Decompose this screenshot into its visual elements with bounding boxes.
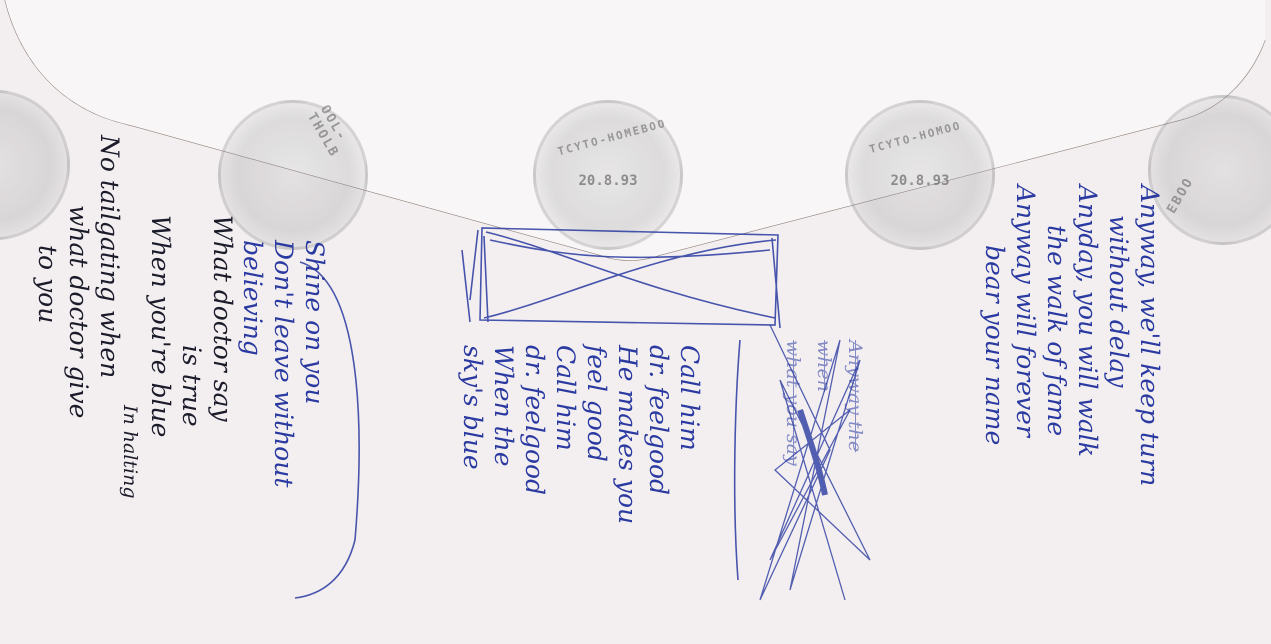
crossed-out-lyrics: Anyway the when what you say [777,340,870,466]
lyrics-column-5: Anyway, we'll keep turn without delay An… [979,185,1165,486]
envelope-back: OOL-THOLB TCYTO-HOMEBOO 20.8.93 TCYTO-HO… [0,0,1271,644]
lyrics-column-3: Shine on you Don't leave without believi… [237,240,330,487]
lyrics-column-1: No tailgating when what doctor give to y… [32,135,125,418]
postmark: TCYTO-HOMEBOO 20.8.93 [533,100,683,250]
postmark: TCYTO-HOMOO 20.8.93 [845,100,995,250]
postmark: OOL-THOLB [218,100,368,250]
lyrics-column-2: What doctor say is true When you're blue… [114,215,238,499]
lyrics-column-4: Call him dr. feelgood He makes you feel … [457,345,705,524]
